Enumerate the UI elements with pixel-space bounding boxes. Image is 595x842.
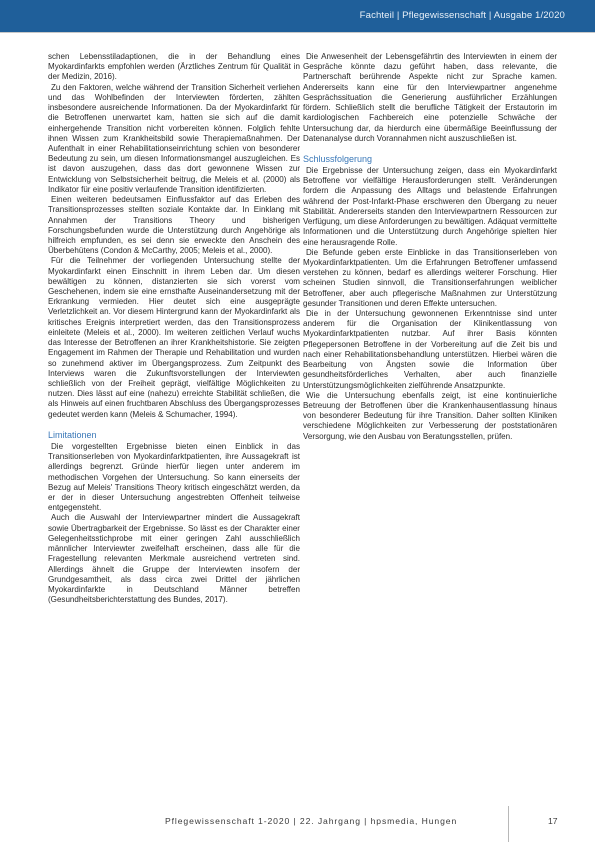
footer-citation: Pflegewissenschaft 1-2020 | 22. Jahrgang… [165,816,457,826]
paragraph: Einen weiteren bedeutsamen Einflussfakto… [48,195,300,256]
running-header: Fachteil | Pflegewissenschaft | Ausgabe … [0,0,595,32]
section-heading-limitations: Limitationen [48,430,300,441]
paragraph: Die Ergebnisse der Untersuchung zeigen, … [303,166,557,248]
right-column: Die Anwesenheit der Lebensgefährtin des … [303,52,557,442]
paragraph: Die Befunde geben erste Einblicke in das… [303,248,557,309]
paragraph: Für die Teilnehmer der vorliegenden Unte… [48,256,300,420]
page-number: 17 [548,816,558,826]
paragraph: schen Lebensstiladaptionen, die in der B… [48,52,300,83]
section-heading-conclusion: Schlussfolgerung [303,154,557,165]
paragraph: Die in der Untersuchung gewonnenen Erken… [303,309,557,391]
paragraph: Auch die Auswahl der Interviewpartner mi… [48,513,300,605]
header-divider [0,32,595,33]
paragraph: Wie die Untersuchung ebenfalls zeigt, is… [303,391,557,442]
left-column: schen Lebensstiladaptionen, die in der B… [48,52,300,605]
paragraph: Zu den Faktoren, welche während der Tran… [48,83,300,195]
paragraph: Die vorgestellten Ergebnisse bieten eine… [48,442,300,514]
footer-divider [508,806,509,842]
paragraph: Die Anwesenheit der Lebensgefährtin des … [303,52,557,144]
running-title: Fachteil | Pflegewissenschaft | Ausgabe … [360,10,565,21]
